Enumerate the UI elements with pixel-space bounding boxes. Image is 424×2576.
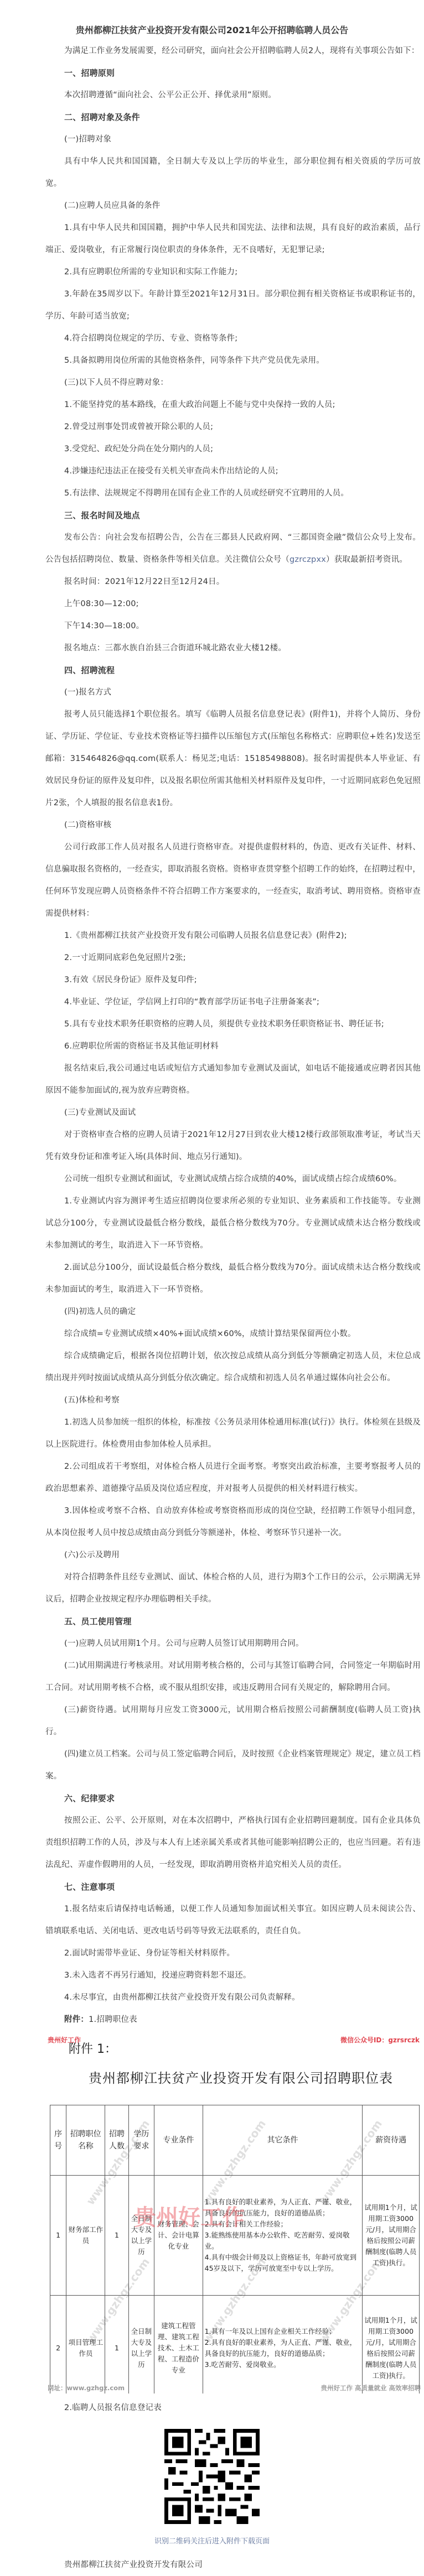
list-item: 4.未尽事宜，由贵州都柳江扶贫产业投资开发有限公司负责解释。 xyxy=(45,1986,421,2009)
section-heading: 四、招聘流程 xyxy=(45,659,421,681)
attachment-label: 附件 1： xyxy=(69,2040,117,2057)
attachments-label: 附件： xyxy=(64,2015,89,2024)
subheading: (三)专业测试及面试 xyxy=(45,1102,421,1124)
subheading: (一)报名方式 xyxy=(45,681,421,703)
list-item: 4.毕业证、学位证，学信网上打印的“教育部学历证书电子注册备案表”; xyxy=(45,991,421,1013)
list-item: 2.曾受过刑事处罚或曾被开除公职的人员; xyxy=(45,416,421,438)
list-item: 1.不能坚持党的基本路线，在重大政治问题上不能与党中央保持一致的人员; xyxy=(45,394,421,416)
list-item: 1.《贵州都柳江扶贫产业投资开发有限公司临聘人员报名信息登记表》(附件2); xyxy=(45,925,421,947)
cell-no: 1 xyxy=(50,2176,66,2296)
cell-count: 1 xyxy=(105,2176,128,2296)
paragraph: 具有中华人民共和国国籍，全日制大专及以上学历的毕业生，部分职位拥有相关资质的学历… xyxy=(45,150,421,195)
cell-position: 财务部工作员 xyxy=(66,2176,105,2296)
announcement-page: 贵州都柳江扶贫产业投资开发有限公司2021年公开招聘临聘人员公告 为满足工作业务… xyxy=(0,0,424,2576)
list-item: 5.具有专业技术职务任职资格的应聘人员，须提供专业技术职务任职资格证书、聘任证书… xyxy=(45,1013,421,1035)
cell-count: 1 xyxy=(105,2296,128,2394)
paragraph: 报考人员只能选择1个职位报名。填写《临聘人员报名信息登记表》(附件1)，并将个人… xyxy=(45,703,421,814)
paragraph: 报名结束后,我公司通过电话或短信方式通知参加专业测试及面试，如电话不能接通或应聘… xyxy=(45,1057,421,1102)
section-heading: 五、员工使用管理 xyxy=(45,1610,421,1633)
subheading: (一)招聘对象 xyxy=(45,128,421,150)
list-item: 5.有法律、法规规定不得聘用在国有企业工作的人员或经研究不宜聘用的人员。 xyxy=(45,482,421,504)
list-item: 2.面试总分100分，面试设最低合格分数线，最低合格分数线为70分。面试成绩未达… xyxy=(45,1256,421,1301)
list-item: 1.报名结束后请保持电话畅通，以便工作人员通知参加面试相关事宜。如因应聘人员未阅… xyxy=(45,1898,421,1942)
section-heading: 七、注意事项 xyxy=(45,1876,421,1898)
section-heading: 一、招聘原则 xyxy=(45,62,421,84)
list-item: (一)应聘人员试用期1个月。公司与应聘人员签订试用期聘用合同。 xyxy=(45,1633,421,1655)
cell-major: 财务管理、会计、会计电算化专业 xyxy=(154,2176,203,2296)
column-header: 其它条件 xyxy=(203,2105,363,2176)
paragraph: 公司统一组织专业测试和面试，专业测试成绩占综合成绩的40%，面试成绩占综合成绩6… xyxy=(45,1168,421,1190)
column-header: 专业条件 xyxy=(154,2105,203,2176)
paragraph: 按照公正、公平、公开原则，对在本次招聘中，严格执行国有企业招聘回避制度。国有企业… xyxy=(45,1810,421,1876)
table-row: 2 项目管理工作员 1 全日制大专及以上学历 建筑工程管理、建筑工程技术、土木工… xyxy=(50,2296,420,2394)
registration-location: 报名地点：三都水族自治县三合街道环城北路农业大楼12楼。 xyxy=(45,637,421,659)
column-header: 学历要求 xyxy=(128,2105,154,2176)
table-row: 1 财务部工作员 1 全日制大专及以上学历 财务管理、会计、会计电算化专业 1.… xyxy=(50,2176,420,2296)
registration-time: 报名时间：2021年12月22日至12月24日。 xyxy=(45,571,421,593)
intro-paragraph: 为满足工作业务发展需要，经公司研究，面向社会公开招聘临聘人员2人，现将有关事项公… xyxy=(45,40,421,62)
attachments-line: 附件：1.招聘职位表 xyxy=(45,2009,421,2031)
subheading: (三)以下人员不得应聘对象： xyxy=(45,372,421,394)
list-item: 6.应聘职位所需的资格证书及其他证明材料 xyxy=(45,1035,421,1057)
list-item: 2.一寸近期同底彩色免冠照片2张; xyxy=(45,947,421,969)
morning-hours: 上午08:30—12:00; xyxy=(45,593,421,615)
paragraph: 综合成绩确定后，根据各岗位招聘计划，依次按总成绩从高分到低分等额确定初选人员，末… xyxy=(45,1345,421,1389)
list-item: 4.涉嫌违纪违法正在接受有关机关审查尚未作出结论的人员; xyxy=(45,460,421,482)
table-header-row: 序号 招聘职位名称 招聘人数 学历要求 专业条件 其它条件 薪资待遇 xyxy=(50,2105,420,2176)
attachment-1-label: 1.招聘职位表 xyxy=(89,2015,137,2024)
list-item: 2.面试时需带毕业证、身份证等相关材料原件。 xyxy=(45,1942,421,1964)
site-url-watermark: 网址：www.gzhgz.com xyxy=(48,2384,125,2392)
paragraph: 对符合招聘条件且经专业测试、面试、体检合格的人员，进行为期3个工作日的公示，公示… xyxy=(45,1566,421,1610)
qr-code-icon[interactable] xyxy=(164,2429,260,2524)
list-item: 5.具备拟聘用岗位所需的其他资格条件，同等条件下共产党员优先录用。 xyxy=(45,350,421,372)
qr-caption: 识别二维码关注后进入附件下载页面 xyxy=(0,2536,424,2547)
list-item: 3.年龄在35周岁以下。年龄计算至2021年12月31日。部分职位拥有相关资格证… xyxy=(45,283,421,327)
list-item: 4.符合招聘岗位规定的学历、专业、资格等条件; xyxy=(45,327,421,350)
column-header: 薪资待遇 xyxy=(363,2105,420,2176)
subheading: (五)体检和考察 xyxy=(45,1389,421,1411)
list-item: 2.公司组成若干考察组，对体检合格人员进行全面考察。考察突出政治标准，主要考察报… xyxy=(45,1456,421,1500)
cell-position: 项目管理工作员 xyxy=(66,2296,105,2394)
list-item: 3.受党纪、政纪处分尚在处分期内的人员; xyxy=(45,438,421,460)
job-table-image: www.gzhgz.com www.gzhgz.com www.gzhgz.co… xyxy=(45,2034,422,2394)
list-item: (二)试用期满进行考核录用。对试用期考核合格的，公司与其签订临聘合同，合同签定一… xyxy=(45,1655,421,1699)
cell-other: 1.具有良好的职业素养，为人正直、严谨、敬业，具备良好的抗压能力，良好的道德品质… xyxy=(203,2176,363,2296)
list-item: (三)薪资待遇。试用期每月应发工资3000元，试用期合格后按照公司薪酬制度(临聘… xyxy=(45,1699,421,1743)
text: ）获取最新招考资讯。 xyxy=(326,555,407,564)
section-heading: 六、纪律要求 xyxy=(45,1787,421,1810)
job-table-title: 贵州都柳江扶贫产业投资开发有限公司招聘职位表 xyxy=(89,2067,393,2087)
afternoon-hours: 下午14:30—18:00。 xyxy=(45,615,421,637)
cell-no: 2 xyxy=(50,2296,66,2394)
list-item: 1.具有中华人民共和国国籍，拥护中华人民共和国宪法、法律和法规，具有良好的政治素… xyxy=(45,217,421,261)
cell-salary: 试用期1个月，试用期工资3000元/月，试用期合格后按照公司薪酬制度(临聘人员工… xyxy=(363,2296,420,2394)
list-item: 1.初选人员参加统一组织的体检，标准按《公务员录用体检通用标准(试行)》执行。体… xyxy=(45,1411,421,1456)
list-item: 3.有效《居民身份证》原件及复印件; xyxy=(45,969,421,991)
paragraph: 本次招聘遵循“面向社会、公平公正公开、择优录用”原则。 xyxy=(45,84,421,106)
list-item: 2.具有应聘职位所需的专业知识和实际工作能力; xyxy=(45,261,421,283)
column-header: 招聘人数 xyxy=(105,2105,128,2176)
list-item: (四)建立员工档案。公司与员工签定临聘合同后，及时按照《企业档案管理规定》规定，… xyxy=(45,1743,421,1787)
wechat-id-watermark: 微信公众号ID：gzrsrczk xyxy=(340,2035,420,2045)
cell-education: 全日制大专及以上学历 xyxy=(128,2176,154,2296)
cell-other: 1.具有一年及以上国有企业相关工作经验； 2.具有良好的职业素养，为人正直、严谨… xyxy=(203,2296,363,2394)
page-title: 贵州都柳江扶贫产业投资开发有限公司2021年公开招聘临聘人员公告 xyxy=(0,22,424,39)
formula: 综合成绩=专业测试成绩×40%+面试成绩×60%，成绩计算结果保留两位小数。 xyxy=(45,1323,421,1345)
subheading: (四)初选人员的确定 xyxy=(45,1301,421,1323)
paragraph: 公司行政部工作人员对报名人员进行资格审查。对提供虚假材料的，伪造、更改有关证件、… xyxy=(45,836,421,925)
qr-container xyxy=(0,2429,424,2524)
cell-major: 建筑工程管理、建筑工程技术、土木工程、工程造价专业 xyxy=(154,2296,203,2394)
signature: 贵州都柳江扶贫产业投资开发有限公司 xyxy=(45,2554,421,2576)
section-heading: 二、招聘对象及条件 xyxy=(45,106,421,128)
subheading: (二)资格审核 xyxy=(45,814,421,836)
cell-education: 全日制大专及以上学历 xyxy=(128,2296,154,2394)
publish-paragraph: 发布公告：向社会发布招聘公告，公告在三都县人民政府网、“三都国资金融”微信公众号… xyxy=(45,526,421,571)
section-heading: 三、报名时间及地点 xyxy=(45,504,421,526)
attachment-2-label: 2.临聘人员报名信息登记表 xyxy=(45,2397,421,2419)
list-item: 1.专业测试内容为测评考生适应招聘岗位要求所必须的专业知识、业务素质和工作技能等… xyxy=(45,1190,421,1256)
slogan-watermark: 贵州好工作 高质量就业 高效率招聘 xyxy=(320,2384,421,2392)
wechat-account-link[interactable]: gzrczpxx xyxy=(289,555,326,564)
list-item: 3.未入选者不再另行通知，投递应聘资料恕不退还。 xyxy=(45,1964,421,1986)
column-header: 招聘职位名称 xyxy=(66,2105,105,2176)
article-body: 为满足工作业务发展需要，经公司研究，面向社会公开招聘临聘人员2人，现将有关事项公… xyxy=(0,40,424,2031)
list-item: 3.因体检或考察不合格、自动放弃体检或考察资格而形成的岗位空缺，经招聘工作领导小… xyxy=(45,1500,421,1544)
cell-salary: 试用期1个月，试用期工资3000元/月，试用期合格后按照公司薪酬制度(临聘人员工… xyxy=(363,2176,420,2296)
subheading: (二)应聘人员应具备的条件 xyxy=(45,195,421,217)
paragraph: 对于资格审查合格的应聘人员请于2021年12月27日到农业大楼12楼行政部领取准… xyxy=(45,1124,421,1168)
column-header: 序号 xyxy=(50,2105,66,2176)
job-table: 序号 招聘职位名称 招聘人数 学历要求 专业条件 其它条件 薪资待遇 1 财务部… xyxy=(50,2105,420,2394)
subheading: (六)公示及聘用 xyxy=(45,1544,421,1566)
